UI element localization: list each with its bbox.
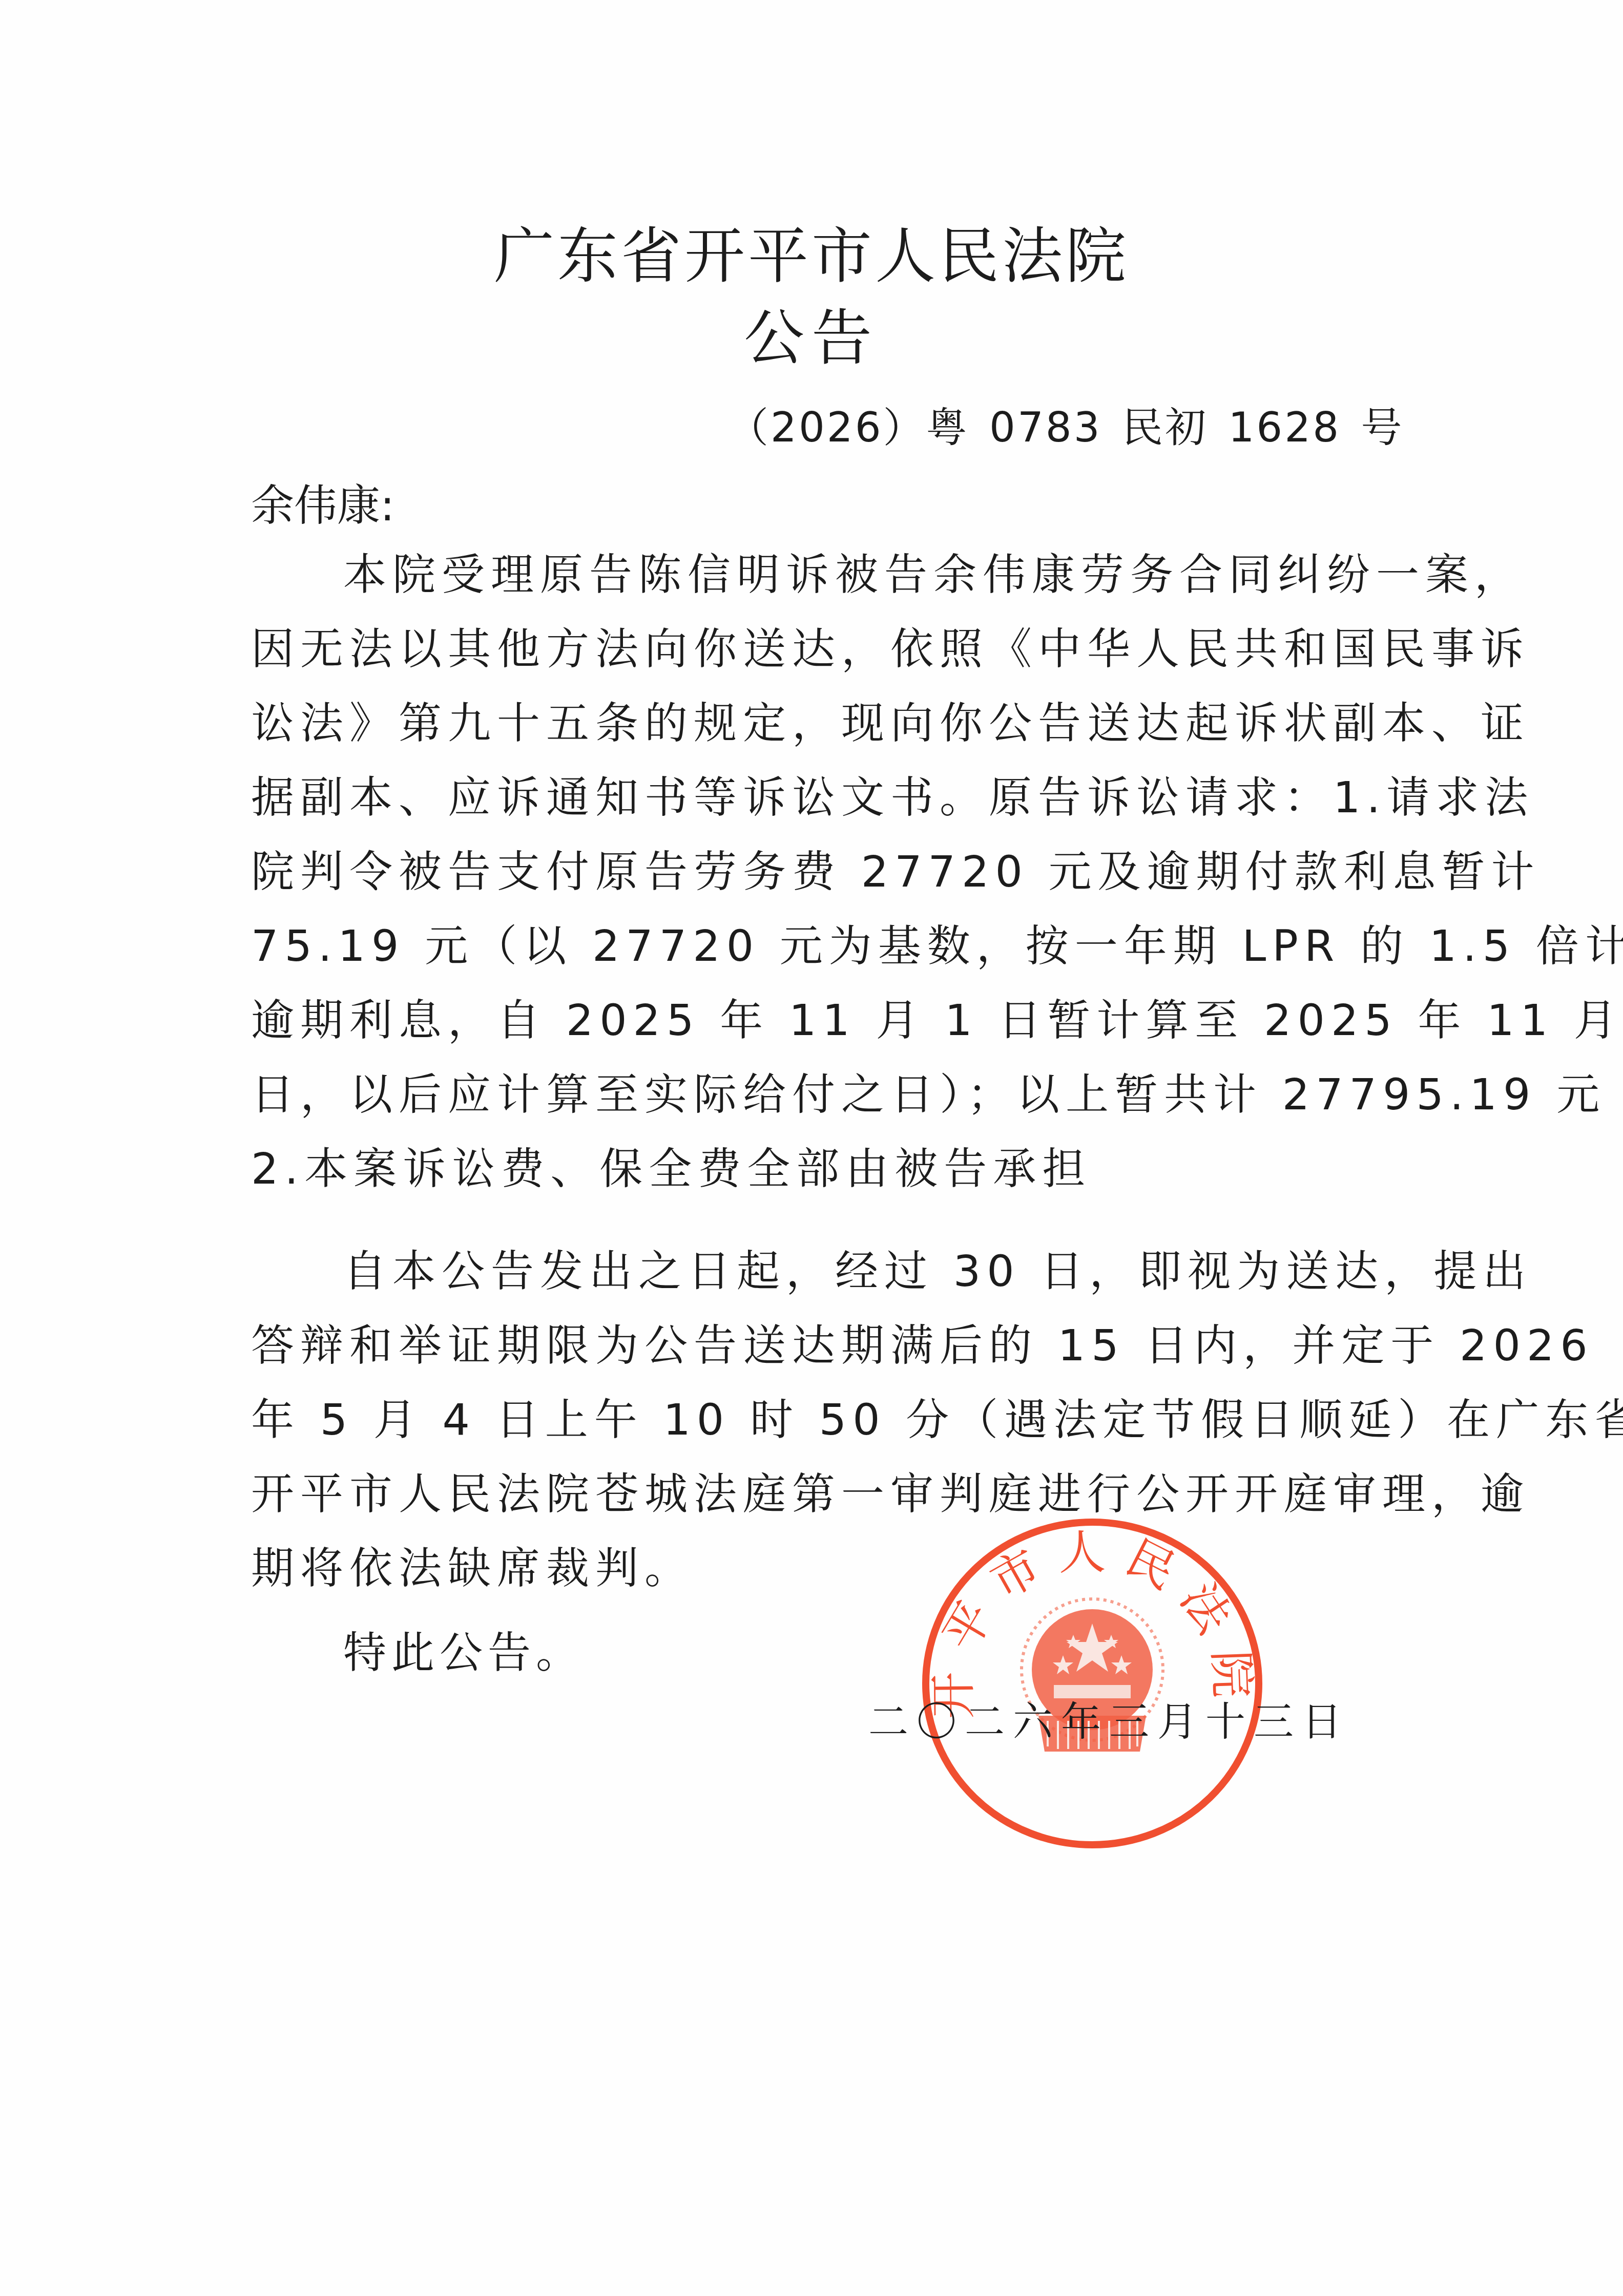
document-page: 广东省开平市人民法院 公告 （2026）粤 0783 民初 1628 号 余伟康… [0, 0, 1623, 2296]
paragraph-line: 讼法》第九十五条的规定，现向你公告送达起诉状副本、证 [251, 686, 1388, 761]
court-name-heading: 广东省开平市人民法院 [0, 207, 1623, 294]
paragraph-line: 日，以后应计算至实际给付之日）；以上暂共计 27795.19 元 [251, 1058, 1388, 1132]
paragraph-line: 逾期利息，自 2025 年 11 月 1 日暂计算至 2025 年 11 月 2… [251, 983, 1388, 1058]
addressee: 余伟康: [251, 471, 394, 533]
closing-statement: 特此公告。 [343, 1618, 584, 1680]
paragraph-line: 因无法以其他方法向你送达，依照《中华人民共和国民事诉 [251, 612, 1388, 686]
paragraph-line: 答辩和举证期限为公告送达期满后的 15 日内，并定于 2026 [251, 1309, 1388, 1383]
notice-title: 公告 [0, 289, 1623, 376]
paragraph-line: 75.19 元（以 27720 元为基数，按一年期 LPR 的 1.5 倍计算 [251, 909, 1388, 983]
paragraph-line: 据副本、应诉通知书等诉讼文书。原告诉讼请求：1.请求法 [251, 761, 1388, 835]
paragraph-line: 本院受理原告陈信明诉被告余伟康劳务合同纠纷一案， [251, 538, 1388, 612]
court-seal-icon: 开平市人民法院 [920, 1516, 1265, 1851]
case-number: （2026）粤 0783 民初 1628 号 [727, 394, 1404, 453]
paragraph-line: 年 5 月 4 日上午 10 时 50 分（遇法定节假日顺延）在广东省 [251, 1383, 1388, 1457]
paragraph-line: 院判令被告支付原告劳务费 27720 元及逾期付款利息暂计 [251, 835, 1388, 909]
paragraph-line: 自本公告发出之日起，经过 30 日，即视为送达，提出 [251, 1234, 1388, 1309]
paragraph-line: 2.本案诉讼费、保全费全部由被告承担 [251, 1132, 1388, 1206]
issue-date: 二〇二六年三月十三日 [868, 1690, 1350, 1747]
notice-paragraph-1: 本院受理原告陈信明诉被告余伟康劳务合同纠纷一案， 因无法以其他方法向你送达，依照… [251, 538, 1388, 1206]
